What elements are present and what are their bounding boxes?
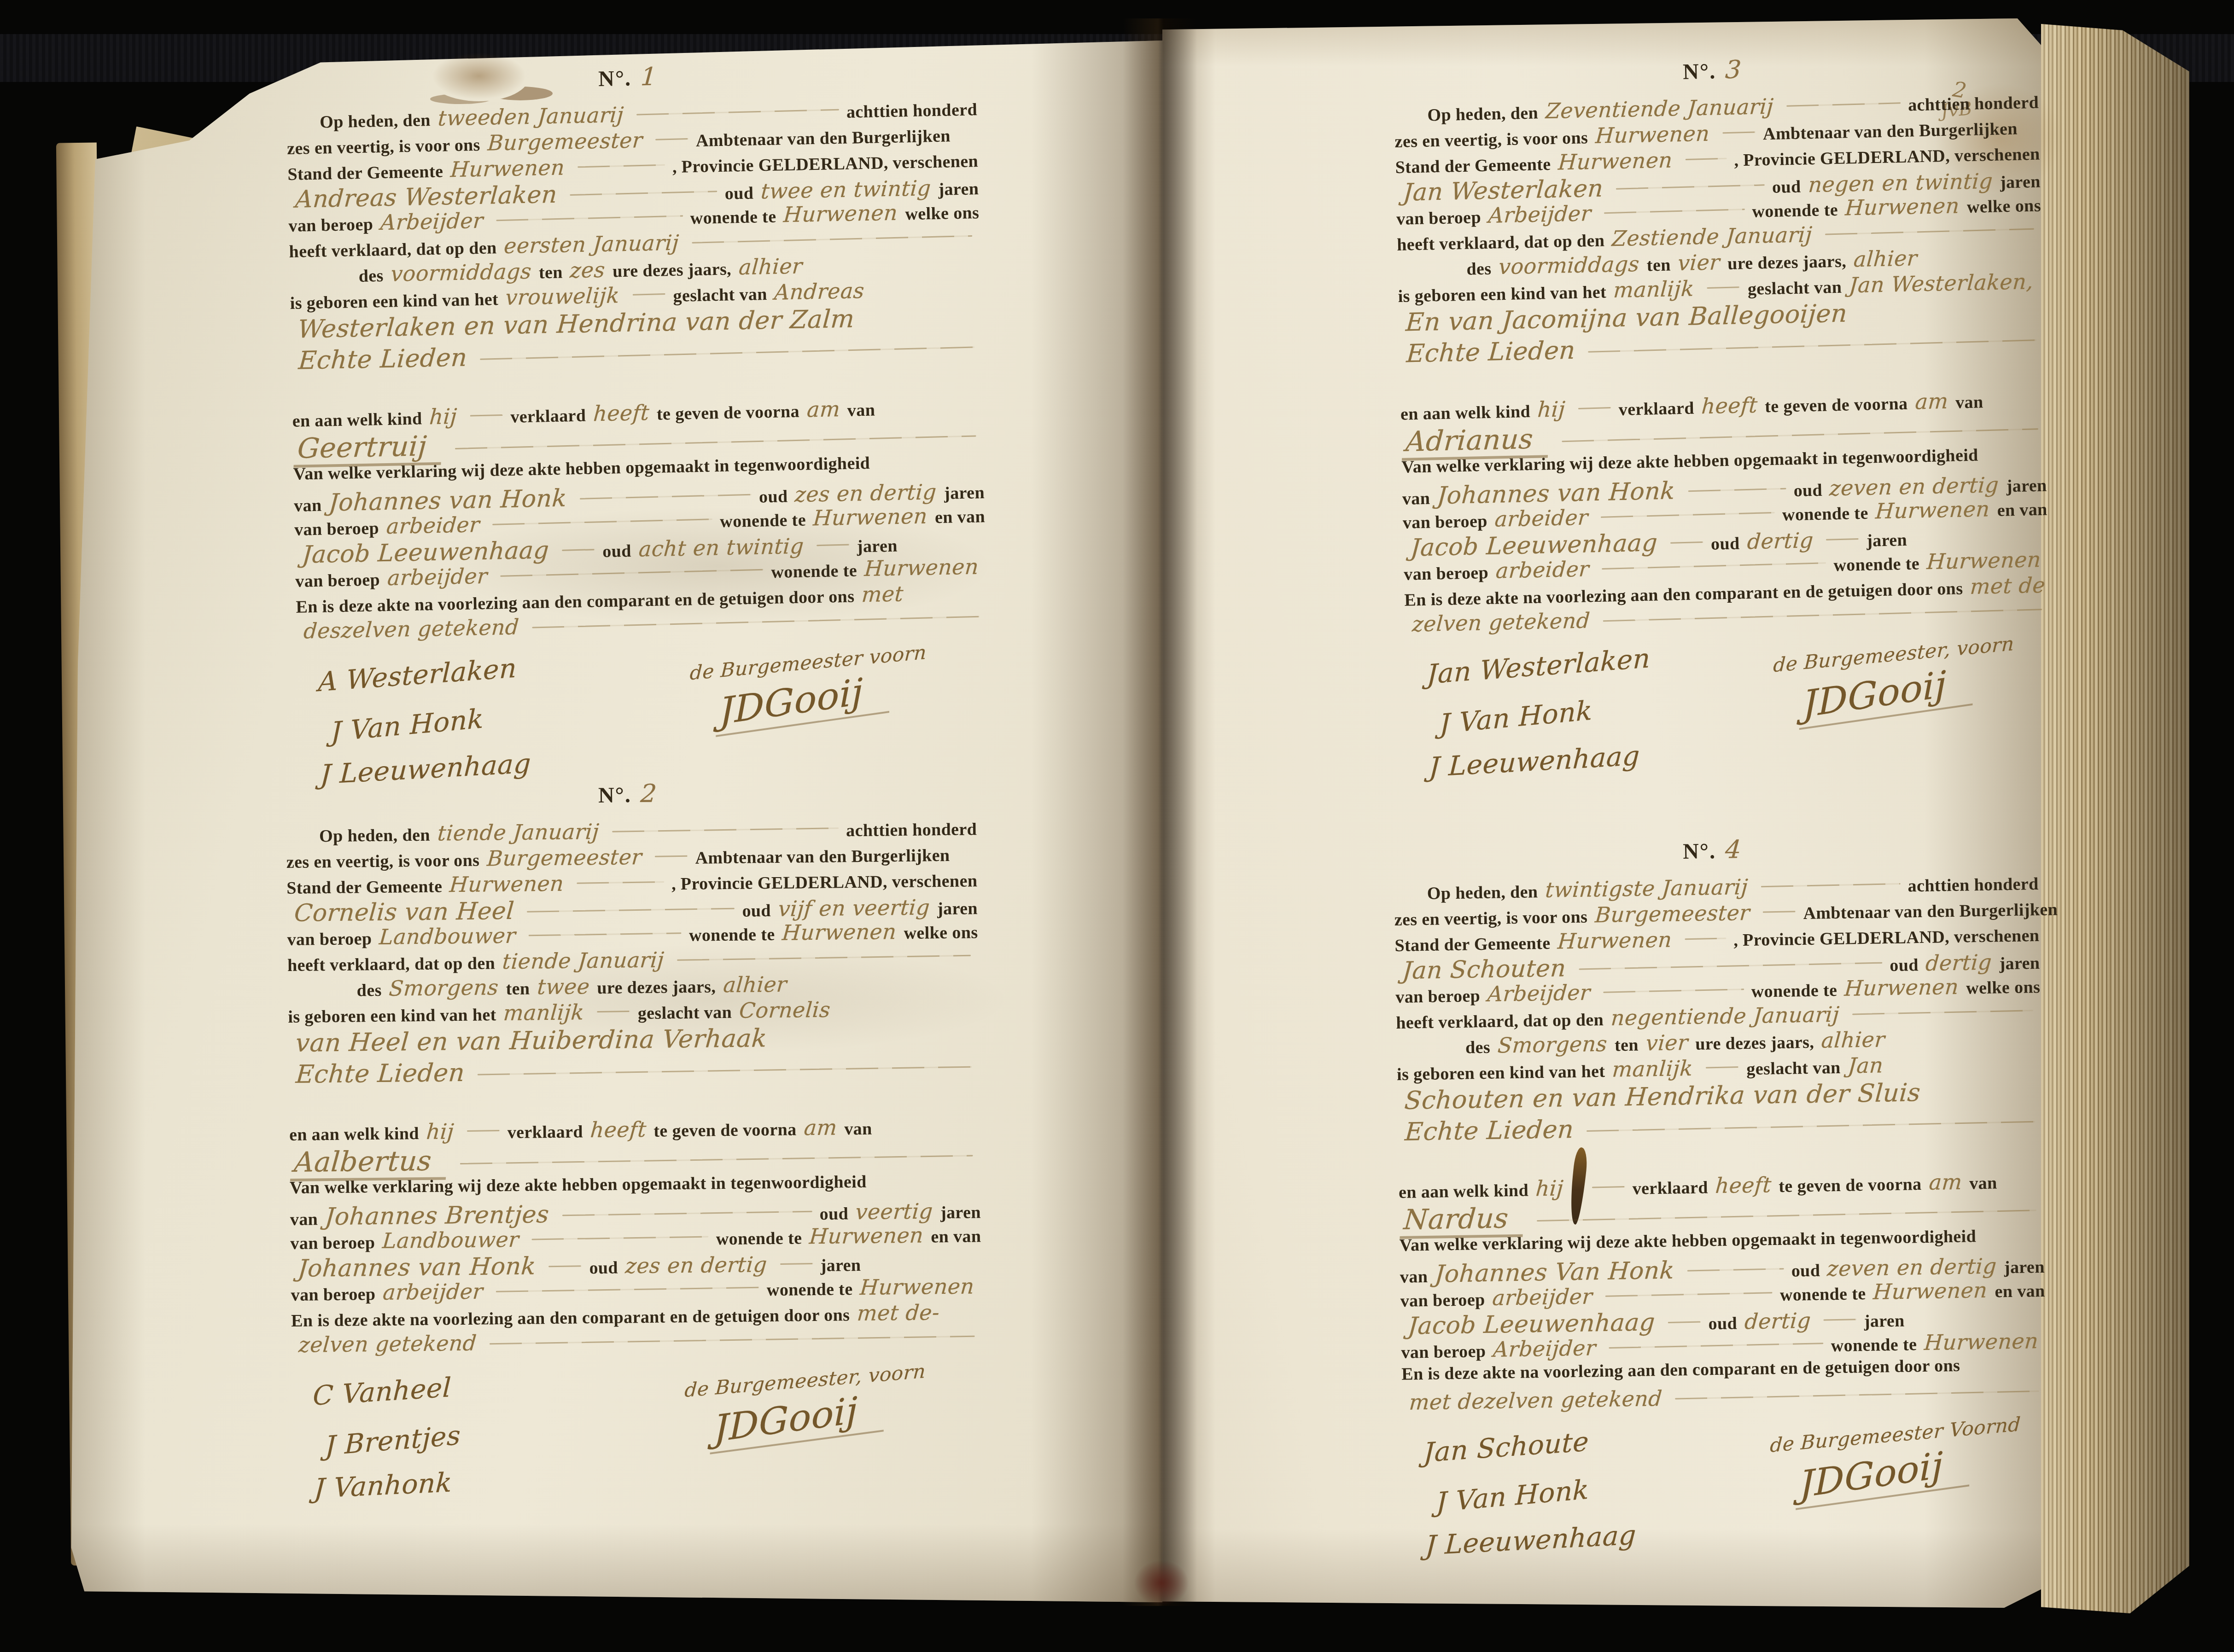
entry-married-couple: Echte Lieden: [1406, 336, 1576, 368]
printed-form-text: welke ons: [905, 203, 980, 224]
entry-heeft: heeft: [1715, 1172, 1772, 1198]
blank-filler-dash: [472, 1076, 979, 1081]
printed-form-text: oud: [724, 183, 753, 204]
entry-witness1-age: veertig: [855, 1198, 934, 1224]
printed-form-text: van: [1969, 1173, 1997, 1193]
blank-filler-dash: [1598, 997, 1751, 1000]
printed-form-text: heeft verklaard, dat op den: [1396, 1010, 1604, 1033]
blank-filler-dash: [522, 917, 742, 919]
record-number-value: 3: [1724, 55, 1742, 84]
blank-filler-dash: [574, 502, 759, 506]
entry-closing-a: met: [861, 581, 904, 607]
entry-comparant-age: twee en twintig: [760, 175, 932, 204]
entry-hour: vier: [1645, 1030, 1689, 1056]
fore-edge-shading: [2041, 24, 2189, 1613]
printed-form-text: zes en veertig, is voor ons: [286, 850, 480, 873]
printed-form-text: jaren: [1867, 530, 1907, 551]
entry-comparant-age: negen en twintig: [1808, 169, 1994, 197]
entry-child-name: Nardus: [1400, 1202, 1525, 1239]
entry-witness1-occupation: arbeider: [385, 512, 480, 539]
blank-filler-dash: [1604, 1351, 1831, 1355]
blank-filler-dash: [455, 1164, 980, 1170]
entry-pronoun: hij: [1537, 396, 1566, 422]
blank-filler-dash: [1611, 193, 1773, 196]
entry-official: Burgemeester: [1594, 900, 1750, 927]
entry-heeft: heeft: [1701, 393, 1758, 419]
printed-form-text: van: [290, 1209, 318, 1230]
printed-form-text: is geboren een kind van het: [290, 289, 498, 314]
printed-form-text: ten: [539, 262, 563, 283]
printed-form-text: wonende te: [720, 510, 806, 532]
printed-form-text: van beroep: [294, 518, 379, 540]
printed-form-text: Ambtenaar van den Burgerlijken: [1763, 119, 2018, 145]
blank-filler-dash: [1682, 1277, 1791, 1279]
printed-form-text: , Provincie GELDERLAND, verschenen: [1733, 925, 2040, 950]
printed-form-text: en van: [934, 506, 985, 528]
entry-declaration-date: tiende Januarij: [437, 819, 600, 846]
entry-day-part: Smorgens: [388, 975, 500, 1001]
entry-married-couple: Echte Lieden: [295, 1058, 466, 1089]
record-number-label: N°.: [1683, 58, 1716, 84]
blank-filler-dash: [592, 1019, 638, 1019]
printed-form-text: van beroep: [287, 929, 372, 950]
record-number: N°. 2: [286, 775, 977, 822]
printed-form-text: welke ons: [1966, 977, 2041, 999]
blank-filler-dash: [1683, 496, 1794, 499]
entry-witness1-occupation: arbeider: [1494, 505, 1589, 531]
printed-form-text: Ambtenaar van den Burgerlijken: [1803, 899, 2058, 924]
entry-witness2-occupation: Arbeijder: [1492, 1335, 1597, 1362]
printed-form-text: en van: [1997, 499, 2047, 520]
printed-form-text: van: [1955, 392, 1983, 413]
entry-comparant-residence: Hurwenen: [1843, 974, 1960, 1001]
entry-birth-place: alhier: [1820, 1027, 1886, 1053]
entry-witness1-residence: Hurwenen: [812, 503, 928, 530]
binding-stain: [1134, 1560, 1189, 1606]
entry-comparant-occupation: Arbeijder: [1487, 201, 1592, 228]
signatures-official: de Burgemeester voorn JDGooij: [683, 644, 990, 794]
entry-witness2-residence: Hurwenen: [1923, 1328, 2039, 1355]
entry-witness2-age: zes en dertig: [624, 1252, 768, 1278]
blank-filler-dash: [671, 964, 978, 967]
entry-comparant-name: Andreas Westerlaken: [294, 181, 558, 214]
printed-form-text: achttien honderd: [1908, 93, 2039, 116]
entry-married-couple: Echte Lieden: [1404, 1115, 1575, 1146]
entry-official: Burgemeester: [486, 844, 642, 871]
printed-form-text: en aan welk kind: [289, 1123, 419, 1145]
blank-filler-dash: [775, 1271, 821, 1272]
printed-form-text: oud: [602, 541, 631, 562]
printed-form-text: is geboren een kind van het: [1397, 1061, 1605, 1085]
printed-form-text: wonende te: [767, 1279, 853, 1300]
entry-witness1-occupation: arbeijder: [1492, 1284, 1593, 1310]
entry-closing-a: met de: [1969, 573, 2046, 599]
blank-filler-dash: [1596, 521, 1783, 524]
printed-form-text: van beroep: [295, 570, 380, 592]
entry-gemeente: Hurwenen: [449, 871, 565, 897]
printed-form-text: jaren: [940, 1202, 981, 1223]
blank-filler-dash: [607, 836, 846, 838]
printed-form-text: wonende te: [771, 560, 857, 582]
entry-closing-b: met dezelven getekend: [1408, 1386, 1663, 1415]
printed-form-text: zes en veertig, is voor ons: [1394, 128, 1588, 152]
entry-closing-b: zelven getekend: [298, 1331, 478, 1357]
entry-day-part: Smorgens: [1497, 1031, 1608, 1058]
blank-filler-dash: [465, 423, 511, 424]
entry-comparant-age: dertig: [1925, 950, 1993, 976]
entry-naam-suffix: am: [803, 1115, 838, 1140]
printed-form-text: ure dezes jaars,: [597, 977, 716, 998]
printed-form-text: van beroep: [1400, 1290, 1485, 1311]
blank-filler-dash: [1701, 1075, 1747, 1076]
printed-form-text: jaren: [2000, 172, 2041, 193]
signatures-official: de Burgemeester, voorn JDGooij: [1766, 637, 2053, 786]
indent: [1394, 899, 1427, 900]
printed-form-text: Op heden, den: [1427, 882, 1538, 904]
scanned-register-photo: { "book": { "folio_number": "2", "folio_…: [0, 0, 2234, 1652]
entry-witness1-residence: Hurwenen: [808, 1223, 924, 1249]
printed-form-text: des: [357, 980, 382, 1001]
printed-form-text: jaren: [937, 898, 978, 919]
printed-form-text: des: [1465, 1037, 1491, 1058]
blank-filler-dash: [523, 941, 689, 943]
printed-form-text: oud: [1708, 1313, 1737, 1334]
entry-official: Burgemeester: [487, 128, 643, 156]
entry-witness2-age: dertig: [1744, 1308, 1812, 1334]
signatures-parties: Jan Westerlaken J Van Honk J Leeuwenhaag: [1406, 643, 1769, 794]
printed-form-text: ure dezes jaars,: [612, 259, 732, 282]
printed-form-text: wonende te: [716, 1228, 802, 1249]
printed-form-text: jaren: [938, 179, 979, 200]
entry-pronoun: hij: [429, 404, 458, 429]
blank-filler-dash: [1573, 415, 1619, 416]
entry-birth-place: alhier: [738, 253, 803, 279]
blank-filler-dash: [572, 173, 672, 175]
entry-father-name: Andreas: [774, 278, 865, 305]
printed-form-text: te geven de voorna: [653, 1119, 797, 1141]
signatures-official: de Burgemeester, voorn JDGooij: [678, 1364, 984, 1511]
entry-gemeente: Hurwenen: [449, 155, 566, 182]
blank-filler-dash: [650, 146, 696, 147]
blank-filler-dash: [1665, 550, 1711, 551]
entry-closing-b: deszelven getekend: [303, 614, 520, 643]
blank-filler-dash: [1717, 140, 1763, 140]
record-number-label: N°.: [598, 66, 632, 92]
indent: [286, 842, 319, 842]
page-fore-edge-stack: [2041, 24, 2189, 1613]
blank-filler-dash: [487, 527, 720, 532]
blank-filler-dash: [1597, 571, 1834, 576]
printed-form-text: Stand der Gemeente: [1394, 933, 1551, 956]
printed-form-text: en aan welk kind: [1399, 1180, 1529, 1202]
printed-form-text: jaren: [944, 483, 985, 504]
entry-witness1-name: Johannes Van Honk: [1434, 1256, 1675, 1288]
printed-form-text: wonende te: [1751, 980, 1837, 1002]
printed-form-text: ten: [1615, 1035, 1639, 1056]
blank-filler-dash: [526, 1245, 716, 1246]
printed-form-text: wonende te: [690, 207, 776, 229]
entry-comparant-occupation: Arbeijder: [379, 208, 484, 235]
entry-witness2-name: Jacob Leeuwenhaag: [301, 536, 550, 569]
entry-witness2-name: Johannes van Honk: [297, 1252, 537, 1282]
entry-birth-date: eersten Januarij: [503, 230, 680, 258]
printed-form-text: , Provincie GELDERLAND, verschenen: [671, 871, 978, 894]
birth-record-4: N°. 4 Op heden, den twintigste Januarij …: [1393, 830, 2049, 1572]
printed-form-text: van beroep: [291, 1284, 375, 1305]
blank-filler-dash: [631, 118, 846, 122]
printed-form-text: en aan welk kind: [1400, 401, 1531, 425]
entry-witness2-residence: Hurwenen: [859, 1274, 975, 1300]
entry-birth-date: negentiende Januarij: [1610, 1002, 1840, 1030]
printed-form-text: en van: [931, 1226, 981, 1247]
printed-form-text: van beroep: [1396, 207, 1482, 229]
entry-parents-names: van Heel en van Huiberdina Verhaak: [294, 1024, 768, 1058]
printed-form-text: ten: [1646, 255, 1671, 275]
printed-form-text: van: [1400, 1267, 1428, 1287]
entry-child-name: Aalbertus: [290, 1145, 449, 1181]
printed-form-text: ten: [506, 978, 530, 999]
printed-form-text: ure dezes jaars,: [1695, 1032, 1814, 1054]
entry-comparant-age: vijf en veertig: [777, 895, 931, 921]
signature-block: Jan Schoute J Van Honk J Leeuwenhaag de …: [1402, 1419, 2049, 1572]
record-number-value: 2: [639, 779, 658, 808]
entry-child-gender: vrouwelijk: [505, 283, 620, 310]
printed-form-text: jaren: [2004, 1257, 2045, 1278]
ink-blot: [1571, 1195, 1587, 1195]
entry-comparant-name: Cornelis van Heel: [293, 897, 515, 927]
entry-father-name: Jan Westerlaken,: [1848, 269, 2034, 297]
birth-record-3: N°. 3 Op heden, den Zeventiende Januarij…: [1393, 49, 2053, 794]
blank-filler-dash: [1662, 1329, 1709, 1330]
entry-child-name: Geertruij: [293, 430, 443, 468]
indent: [288, 996, 357, 997]
printed-form-text: en van: [1995, 1281, 2045, 1302]
entry-witness2-age: acht en twintig: [638, 534, 805, 562]
entry-comparant-occupation: Arbeijder: [1487, 980, 1591, 1006]
printed-form-text: en aan welk kind: [292, 408, 422, 431]
entry-closing-a: met de-: [856, 1300, 940, 1326]
entry-naam-suffix: am: [1914, 389, 1948, 414]
printed-form-text: van beroep: [1404, 563, 1489, 585]
printed-form-text: verklaard: [510, 406, 586, 427]
entry-child-name: Adrianus: [1402, 423, 1550, 461]
birth-record-1: N°. 1 Op heden, den tweeden Januarij ach…: [286, 56, 990, 801]
printed-form-text: Op heden, den: [320, 110, 431, 133]
printed-form-text: wonende te: [1752, 200, 1838, 222]
printed-form-text: van: [1402, 489, 1430, 509]
printed-form-text: des: [1466, 259, 1492, 279]
entry-witness1-name: Johannes van Honk: [328, 484, 567, 517]
printed-form-text: ure dezes jaars,: [1727, 251, 1847, 273]
entry-witness2-occupation: arbeijder: [386, 564, 488, 590]
record-number-value: 4: [1724, 835, 1742, 864]
blank-filler-dash: [461, 1138, 507, 1139]
printed-form-text: van: [847, 400, 875, 421]
blank-filler-dash: [1781, 111, 1908, 114]
blank-filler-dash: [1600, 1301, 1780, 1303]
signature-block: C Vanheel J Brentjes J Vanhonk de Burgem…: [292, 1364, 984, 1515]
printed-form-text: oud: [819, 1204, 848, 1224]
printed-form-text: Stand der Gemeente: [286, 876, 442, 898]
entry-father-name: Jan: [1847, 1053, 1884, 1078]
indent: [1398, 275, 1467, 276]
entry-witness2-name: Jacob Leeuwenhaag: [1410, 529, 1658, 562]
signatures-official: de Burgemeester Voornd JDGooij: [1763, 1419, 2049, 1567]
printed-form-text: oud: [759, 486, 788, 507]
printed-form-text: wonende te: [1780, 1284, 1866, 1305]
blank-filler-dash: [1598, 217, 1752, 221]
entry-naam-suffix: am: [1928, 1169, 1963, 1195]
entry-day-part: voormiddags: [1498, 251, 1640, 279]
blank-filler-dash: [1583, 349, 2044, 359]
printed-form-text: wonende te: [1831, 1334, 1917, 1356]
printed-form-text: Stand der Gemeente: [1395, 154, 1551, 178]
indent: [286, 128, 320, 128]
signatures-parties: A Westerlaken J Van Honk J Leeuwenhaag: [297, 650, 686, 801]
blank-filler-dash: [1818, 1327, 1864, 1328]
record-number-value: 1: [640, 62, 658, 91]
entry-birth-place: alhier: [722, 972, 787, 997]
blank-filler-dash: [1680, 166, 1734, 167]
printed-form-text: achttien honderd: [846, 99, 978, 122]
entry-witness2-occupation: arbeijder: [382, 1279, 484, 1305]
blank-filler-dash: [1598, 618, 2050, 628]
printed-form-text: heeft verklaard, dat op den: [287, 953, 495, 976]
blank-filler-dash: [565, 199, 725, 203]
entry-father-name: Cornelis: [738, 997, 831, 1023]
printed-form-text: welke ons: [904, 922, 978, 943]
birth-record-2: N°. 2 Op heden, den tiende Januarij acht…: [286, 775, 984, 1515]
printed-form-text: oud: [742, 901, 771, 921]
printed-form-text: is geboren een kind van het: [1398, 282, 1606, 306]
printed-form-text: wonende te: [1833, 553, 1919, 576]
entry-witness1-residence: Hurwenen: [1872, 1278, 1989, 1304]
entry-pronoun: hij: [426, 1119, 455, 1144]
printed-form-text: zes en veertig, is voor ons: [287, 135, 480, 159]
printed-form-text: verklaard: [507, 1122, 583, 1143]
entry-married-couple: Echte Lieden: [297, 343, 468, 375]
blank-filler-dash: [1755, 891, 1907, 894]
printed-form-text: Op heden, den: [1427, 103, 1539, 125]
entry-birth-date: tiende Januarij: [502, 947, 665, 974]
printed-form-text: wonende te: [689, 925, 775, 946]
entry-gemeente: Hurwenen: [1557, 147, 1674, 175]
record-number-label: N°.: [598, 782, 631, 808]
entry-witness2-residence: Hurwenen: [863, 554, 980, 581]
blank-filler-dash: [1820, 547, 1867, 547]
entry-birth-date: Zestiende Januarij: [1611, 222, 1813, 251]
printed-form-text: geslacht van: [638, 1002, 732, 1024]
blank-filler-dash: [491, 224, 690, 227]
blank-filler-dash: [1680, 946, 1734, 947]
blank-filler-dash: [526, 625, 987, 634]
entry-official: Hurwenen: [1594, 121, 1710, 148]
entry-witness1-residence: Hurwenen: [1875, 496, 1991, 524]
blank-filler-dash: [1581, 1130, 2042, 1138]
printed-form-text: welke ons: [1967, 196, 2042, 217]
printed-form-text: oud: [1890, 955, 1919, 976]
entry-naam-suffix: am: [806, 396, 841, 422]
printed-form-text: is geboren een kind van het: [288, 1005, 496, 1027]
entry-child-gender: manlijk: [503, 1000, 585, 1025]
entry-witness2-occupation: arbeider: [1495, 556, 1590, 583]
entry-hour: twee: [536, 974, 590, 999]
entry-child-gender: manlijk: [1613, 276, 1695, 302]
printed-form-text: oud: [589, 1257, 618, 1278]
printed-form-text: geslacht van: [1746, 1058, 1841, 1079]
blank-filler-dash: [627, 302, 673, 302]
blank-filler-dash: [1670, 1400, 2047, 1406]
entry-comparant-residence: Hurwenen: [781, 919, 897, 945]
printed-form-text: geslacht van: [1748, 277, 1842, 299]
blank-filler-dash: [1757, 919, 1803, 920]
printed-form-text: jaren: [820, 1255, 861, 1276]
blank-filler-dash: [811, 552, 857, 553]
blank-filler-dash: [490, 1296, 767, 1298]
printed-form-text: oud: [1711, 533, 1740, 554]
printed-form-text: Ambtenaar van den Burgerlijken: [695, 845, 950, 868]
entry-pronoun: hij: [1535, 1175, 1564, 1201]
blank-filler-dash: [557, 1220, 820, 1222]
printed-form-text: Stand der Gemeente: [287, 161, 443, 184]
entry-hour: vier: [1677, 250, 1721, 275]
indent: [290, 282, 359, 283]
entry-hour: zes: [569, 257, 606, 283]
blank-filler-dash: [495, 578, 771, 583]
blank-filler-dash: [687, 244, 980, 250]
printed-form-text: oud: [1772, 177, 1801, 198]
entry-heeft: heeft: [589, 1117, 647, 1142]
printed-form-text: jaren: [1864, 1311, 1905, 1332]
entry-birth-place: alhier: [1853, 245, 1918, 272]
blank-filler-dash: [484, 1345, 982, 1350]
printed-form-text: jaren: [2006, 475, 2047, 496]
printed-form-text: van beroep: [1403, 511, 1488, 533]
entry-comparant-residence: Hurwenen: [1844, 193, 1960, 220]
entry-witness1-name: Johannes van Honk: [1436, 477, 1676, 510]
entry-witness2-age: dertig: [1746, 528, 1814, 554]
entry-day-part: voormiddags: [390, 259, 532, 286]
entry-comparant-residence: Hurwenen: [783, 200, 899, 227]
blank-filler-dash: [1820, 237, 2042, 242]
printed-form-text: geslacht van: [673, 284, 767, 306]
printed-form-text: van: [294, 495, 322, 516]
printed-form-text: van beroep: [1395, 986, 1480, 1007]
printed-form-text: van beroep: [288, 214, 373, 236]
printed-form-text: van beroep: [1401, 1341, 1486, 1363]
blank-filler-dash: [543, 1274, 589, 1274]
printed-form-text: verklaard: [1618, 398, 1694, 419]
printed-form-text: te geven de voorna: [1779, 1174, 1922, 1197]
printed-form-text: heeft verklaard, dat op den: [1397, 230, 1605, 255]
printed-form-text: jaren: [857, 536, 898, 557]
entry-comparant-occupation: Landbouwer: [378, 923, 517, 949]
blank-filler-dash: [1847, 1018, 2041, 1022]
blank-filler-dash: [649, 864, 695, 864]
entry-witness1-occupation: Landbouwer: [381, 1227, 520, 1253]
entry-witness1-name: Johannes Brentjes: [324, 1201, 550, 1231]
entry-declaration-date: Zeventiende Januarij: [1545, 94, 1774, 123]
entry-comparant-name: Jan Schouten: [1401, 954, 1567, 985]
printed-form-text: heeft verklaard, dat op den: [289, 238, 497, 262]
signature-block: Jan Westerlaken J Van Honk J Leeuwenhaag…: [1406, 637, 2053, 794]
printed-form-text: Ambtenaar van den Burgerlijken: [696, 126, 951, 151]
blank-filler-dash: [1702, 295, 1748, 296]
printed-form-text: des: [358, 266, 384, 286]
entry-declaration-date: tweeden Januarij: [437, 102, 624, 131]
printed-form-text: zes en veertig, is voor ons: [1394, 907, 1587, 930]
entry-gemeente: Hurwenen: [1557, 927, 1673, 954]
